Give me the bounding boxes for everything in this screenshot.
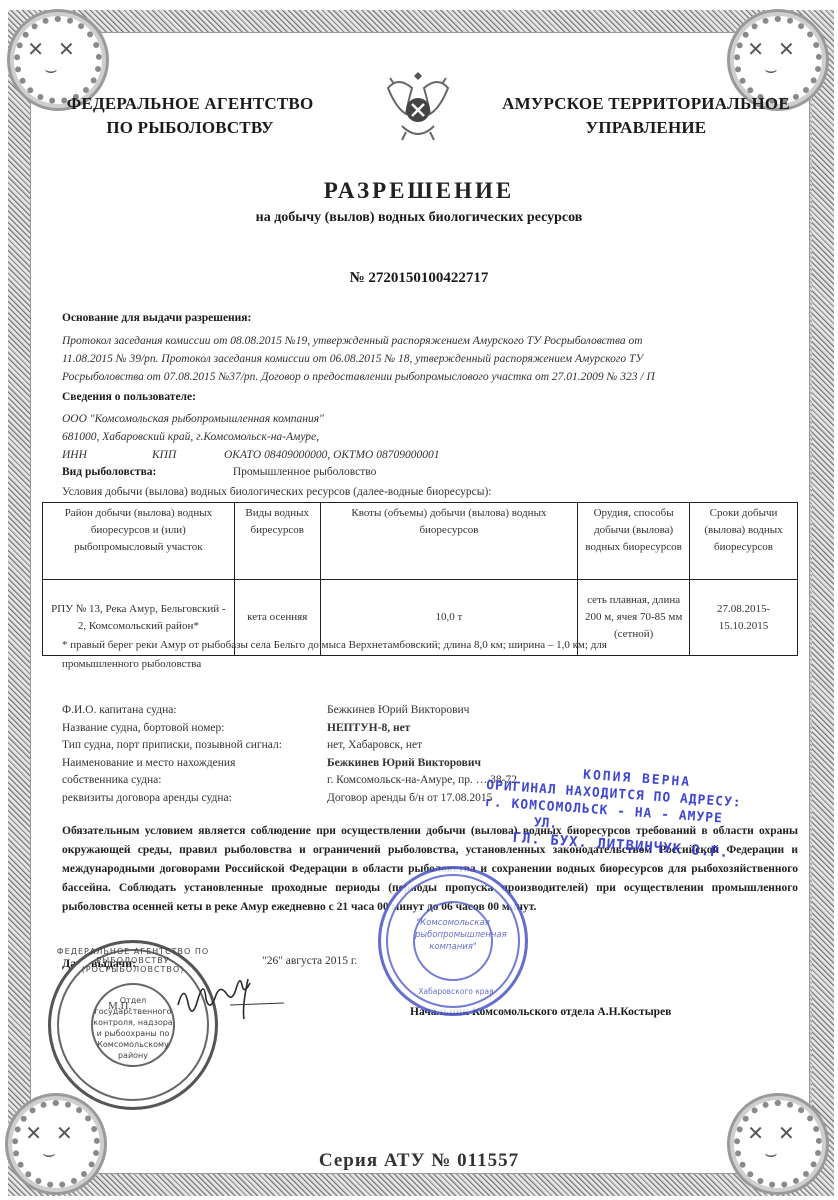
corner-ornament-icon: ✕✕⌣ [14,16,102,104]
owner-value: Бежкинев Юрий Викторович [327,755,481,773]
signature-icon [170,975,290,1025]
series-number: Серия АТУ № 011557 [0,1150,838,1172]
column-header-gear: Орудия, способы добычи (вылова) водных б… [578,503,690,580]
stamp-ring-text: Хабаровского края [411,987,501,996]
user-address: 681000, Хабаровский край, г.Комсомольск-… [62,428,319,446]
vessel-name-label: Название судна, бортовой номер: [62,720,327,738]
document-title: РАЗРЕШЕНИЕ [0,178,838,204]
basis-line: 11.08.2015 № 39/рп. Протокол заседания к… [62,350,812,368]
user-info-label: Сведения о пользователе: [62,391,196,403]
owner-label: Наименование и место нахождения [62,755,327,773]
company-round-stamp: "Комсомольская рыбопромышленная компания… [378,866,528,1016]
permit-number: № 2720150100422717 [0,270,838,287]
column-header-area: Район добычи (вылова) водных биоресурсов… [43,503,235,580]
basis-line: Росрыболовства от 07.08.2015 №37/рп. Дог… [62,368,812,386]
stamp-line: компания" [415,941,491,953]
vessel-type-label: Тип судна, порт приписки, позывной сигна… [62,737,327,755]
stamp-inner: "Комсомольская рыбопромышленная компания… [413,901,493,981]
stamp-line: контроля, надзора [93,1017,173,1028]
kpp-label: КПП [152,446,224,464]
captain-value: Бежкинев Юрий Викторович [327,702,469,720]
table-header-row: Район добычи (вылова) водных биоресурсов… [43,503,798,580]
column-header-quota: Квоты (объемы) добычи (вылова) водных би… [320,503,578,580]
vessel-type-value: нет, Хабаровск, нет [327,737,422,755]
stamp-line: "Комсомольская [415,917,491,929]
vessel-row-lease: реквизиты договора аренды судна: Договор… [62,790,517,808]
fishing-type-row: Вид рыболовства: Промышленное рыболовств… [62,466,376,478]
issue-date-value: "26" августа 2015 г. [262,955,357,967]
stamp-inner: Отдел государственного контроля, надзора… [91,983,175,1067]
vessel-row-name: Название судна, бортовой номер: НЕПТУН-8… [62,720,517,738]
vessel-name-value: НЕПТУН-8, нет [327,720,410,738]
vessel-row-type: Тип судна, порт приписки, позывной сигна… [62,737,517,755]
lease-label: реквизиты договора аренды судна: [62,790,327,808]
stamp-line: и рыбоохраны по [93,1028,173,1039]
vessel-row-captain: Ф.И.О. капитана судна: Бежкинев Юрий Вик… [62,702,517,720]
conditions-label: Условия добычи (вылова) водных биологиче… [62,483,492,501]
vessel-row-owner: Наименование и место нахождения Бежкинев… [62,755,517,773]
double-headed-eagle-icon [380,66,456,146]
agency-right-line-1: АМУРСКОЕ ТЕРРИТОРИАЛЬНОЕ [486,92,806,116]
cell-period: 27.08.2015- 15.10.2015 [690,580,798,656]
agency-name-right: АМУРСКОЕ ТЕРРИТОРИАЛЬНОЕ УПРАВЛЕНИЕ [486,92,806,140]
conditions-table: Район добычи (вылова) водных биоресурсов… [42,502,798,656]
document-subtitle: на добычу (вылов) водных биологических р… [0,210,838,226]
agency-left-line-2: ПО РЫБОЛОВСТВУ [40,116,340,140]
okato-oktmo-codes: ОКАТО 08409000000, ОКТМО 08709000001 [224,446,439,464]
column-header-species: Виды водных биресурсов [234,503,320,580]
corner-ornament-icon: ✕✕⌣ [734,16,822,104]
stamp-line: району [93,1050,173,1061]
basis-label: Основание для выдачи разрешения: [62,312,251,324]
vessel-row-owner-address: собственника судна: г. Комсомольск-на-Ам… [62,772,517,790]
vessel-info: Ф.И.О. капитана судна: Бежкинев Юрий Вик… [62,702,517,807]
corner-ornament-icon: ✕✕⌣ [12,1100,100,1188]
stamp-line: государственного [93,1006,173,1017]
basis-line: Протокол заседания комиссии от 08.08.201… [62,332,812,350]
user-codes-row: ИНН КПП ОКАТО 08409000000, ОКТМО 0870900… [62,446,439,464]
agency-left-line-1: ФЕДЕРАЛЬНОЕ АГЕНТСТВО [40,92,340,116]
stamp-line: Отдел [93,995,173,1006]
footnote-line-1: * правый берег реки Амур от рыбобазы сел… [62,636,607,654]
user-company: ООО "Комсомольская рыбопромышленная комп… [62,410,324,428]
owner-address-label: собственника судна: [62,772,327,790]
inn-label: ИНН [62,446,152,464]
basis-text: Протокол заседания комиссии от 08.08.201… [62,332,812,386]
stamp-line: рыбопромышленная [415,929,491,941]
corner-ornament-icon: ✕✕⌣ [734,1100,822,1188]
footnote-line-2: промышленного рыболовства [62,655,201,673]
lease-value: Договор аренды б/н от 17.08.2015 [327,790,492,808]
fishing-type-label: Вид рыболовства: [62,466,230,478]
stamp-line: Комсомольскому [93,1039,173,1050]
column-header-period: Сроки добычи (вылова) водных биоресурсов [690,503,798,580]
mp-mark: М.П. [108,1000,131,1012]
fishing-type-value: Промышленное рыболовство [233,466,376,478]
captain-label: Ф.И.О. капитана судна: [62,702,327,720]
agency-right-line-2: УПРАВЛЕНИЕ [486,116,806,140]
agency-name-left: ФЕДЕРАЛЬНОЕ АГЕНТСТВО ПО РЫБОЛОВСТВУ [40,92,340,140]
stamp-ring-text: ФЕДЕРАЛЬНОЕ АГЕНТСТВО ПО РЫБОЛОВСТВУ (РО… [51,947,215,974]
